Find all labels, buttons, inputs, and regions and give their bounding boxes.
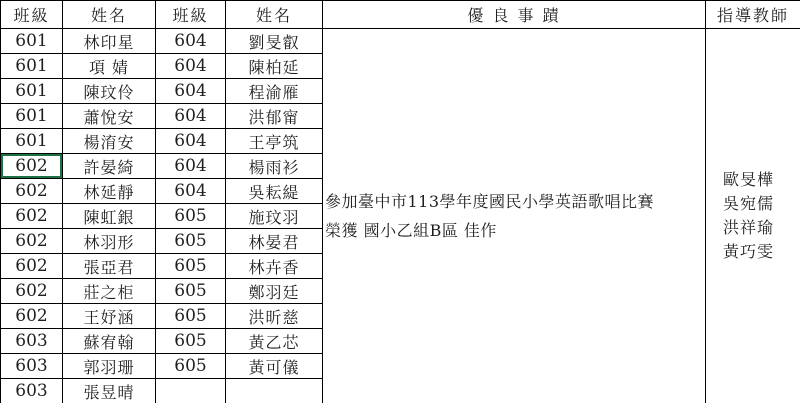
header-name-2[interactable]: 姓名	[226, 1, 323, 29]
header-name-1[interactable]: 姓名	[63, 1, 156, 29]
cell-class2-row-13[interactable]: 605	[156, 329, 226, 354]
cell-class1-row-13[interactable]: 603	[1, 329, 63, 354]
achievement-line: 榮獲 國小乙組B區 佳作	[325, 216, 701, 245]
cell-class2-row-1[interactable]: 604	[156, 29, 226, 54]
cell-class2-row-9[interactable]: 605	[156, 229, 226, 254]
cell-name1-row-3[interactable]: 陳玟伶	[63, 79, 156, 104]
teacher-name: 洪祥瑜	[723, 216, 800, 240]
cell-class1-row-3[interactable]: 601	[1, 79, 63, 104]
cell-name1-row-15[interactable]: 張昱晴	[63, 379, 156, 403]
cell-name1-row-1[interactable]: 林印星	[63, 29, 156, 54]
cell-name1-row-6[interactable]: 許晏綺	[63, 154, 156, 179]
header-class-2[interactable]: 班級	[156, 1, 226, 29]
cell-name2-row-9[interactable]: 林晏君	[226, 229, 323, 254]
teacher-name: 黃巧雯	[723, 240, 800, 264]
cell-name2-row-1[interactable]: 劉旻叡	[226, 29, 323, 54]
table-body: 601林印星604劉旻叡參加臺中市113學年度國民小學英語歌唱比賽榮獲 國小乙組…	[1, 29, 800, 403]
cell-class1-row-10[interactable]: 602	[1, 254, 63, 279]
cell-class2-row-5[interactable]: 604	[156, 129, 226, 154]
teacher-cell[interactable]: 歐旻樺吳宛儒洪祥瑜黃巧雯	[706, 29, 800, 403]
cell-name1-row-9[interactable]: 林羽形	[63, 229, 156, 254]
cell-class1-row-9[interactable]: 602	[1, 229, 63, 254]
cell-name2-row-14[interactable]: 黃可儀	[226, 354, 323, 379]
cell-name1-row-8[interactable]: 陳虹銀	[63, 204, 156, 229]
cell-class2-row-4[interactable]: 604	[156, 104, 226, 129]
achievement-cell[interactable]: 參加臺中市113學年度國民小學英語歌唱比賽榮獲 國小乙組B區 佳作	[323, 29, 706, 403]
cell-class2-row-11[interactable]: 605	[156, 279, 226, 304]
cell-class1-row-11[interactable]: 602	[1, 279, 63, 304]
cell-name2-row-12[interactable]: 洪昕慈	[226, 304, 323, 329]
cell-class1-row-14[interactable]: 603	[1, 354, 63, 379]
cell-name1-row-2[interactable]: 項 婧	[63, 54, 156, 79]
cell-name2-row-13[interactable]: 黃乙芯	[226, 329, 323, 354]
cell-class2-row-14[interactable]: 605	[156, 354, 226, 379]
achievement-line: 參加臺中市113學年度國民小學英語歌唱比賽	[325, 187, 701, 216]
cell-class2-row-8[interactable]: 605	[156, 204, 226, 229]
cell-class2-row-3[interactable]: 604	[156, 79, 226, 104]
cell-class1-row-8[interactable]: 602	[1, 204, 63, 229]
cell-name1-row-11[interactable]: 莊之柜	[63, 279, 156, 304]
cell-class1-row-2[interactable]: 601	[1, 54, 63, 79]
cell-name1-row-10[interactable]: 張亞君	[63, 254, 156, 279]
table-row: 601林印星604劉旻叡參加臺中市113學年度國民小學英語歌唱比賽榮獲 國小乙組…	[1, 29, 800, 54]
header-class-1[interactable]: 班級	[1, 1, 63, 29]
cell-class1-row-1[interactable]: 601	[1, 29, 63, 54]
cell-class1-row-7[interactable]: 602	[1, 179, 63, 204]
cell-class2-row-7[interactable]: 604	[156, 179, 226, 204]
cell-class1-row-4[interactable]: 601	[1, 104, 63, 129]
cell-name2-row-8[interactable]: 施玟羽	[226, 204, 323, 229]
cell-class2-row-2[interactable]: 604	[156, 54, 226, 79]
cell-class1-row-5[interactable]: 601	[1, 129, 63, 154]
cell-name2-row-6[interactable]: 楊雨衫	[226, 154, 323, 179]
cell-class2-row-15[interactable]	[156, 379, 226, 403]
cell-class2-row-10[interactable]: 605	[156, 254, 226, 279]
cell-name1-row-13[interactable]: 蘇宥翰	[63, 329, 156, 354]
cell-name2-row-7[interactable]: 吳耘緹	[226, 179, 323, 204]
cell-name2-row-5[interactable]: 王亭筑	[226, 129, 323, 154]
cell-name1-row-4[interactable]: 蕭悅安	[63, 104, 156, 129]
teacher-name: 歐旻樺	[723, 168, 800, 192]
cell-name1-row-5[interactable]: 楊淯安	[63, 129, 156, 154]
header-achievement[interactable]: 優 良 事 蹟	[323, 1, 706, 29]
cell-name1-row-12[interactable]: 王妤涵	[63, 304, 156, 329]
selected-cell[interactable]: 602	[1, 154, 63, 179]
cell-name1-row-7[interactable]: 林延靜	[63, 179, 156, 204]
cell-name2-row-4[interactable]: 洪郁甯	[226, 104, 323, 129]
cell-class2-row-12[interactable]: 605	[156, 304, 226, 329]
cell-name2-row-11[interactable]: 鄭羽廷	[226, 279, 323, 304]
teacher-name: 吳宛儒	[723, 192, 800, 216]
cell-class1-row-12[interactable]: 602	[1, 304, 63, 329]
cell-name2-row-3[interactable]: 程渝雁	[226, 79, 323, 104]
table-header-row: 班級 姓名 班級 姓名 優 良 事 蹟 指導教師	[1, 1, 800, 29]
cell-name2-row-2[interactable]: 陳柏延	[226, 54, 323, 79]
cell-class1-row-15[interactable]: 603	[1, 379, 63, 403]
header-teacher[interactable]: 指導教師	[706, 1, 800, 29]
cell-name2-row-10[interactable]: 林卉香	[226, 254, 323, 279]
cell-name2-row-15[interactable]	[226, 379, 323, 403]
awards-table: 班級 姓名 班級 姓名 優 良 事 蹟 指導教師 601林印星604劉旻叡參加臺…	[0, 0, 800, 403]
cell-class2-row-6[interactable]: 604	[156, 154, 226, 179]
cell-name1-row-14[interactable]: 郭羽珊	[63, 354, 156, 379]
